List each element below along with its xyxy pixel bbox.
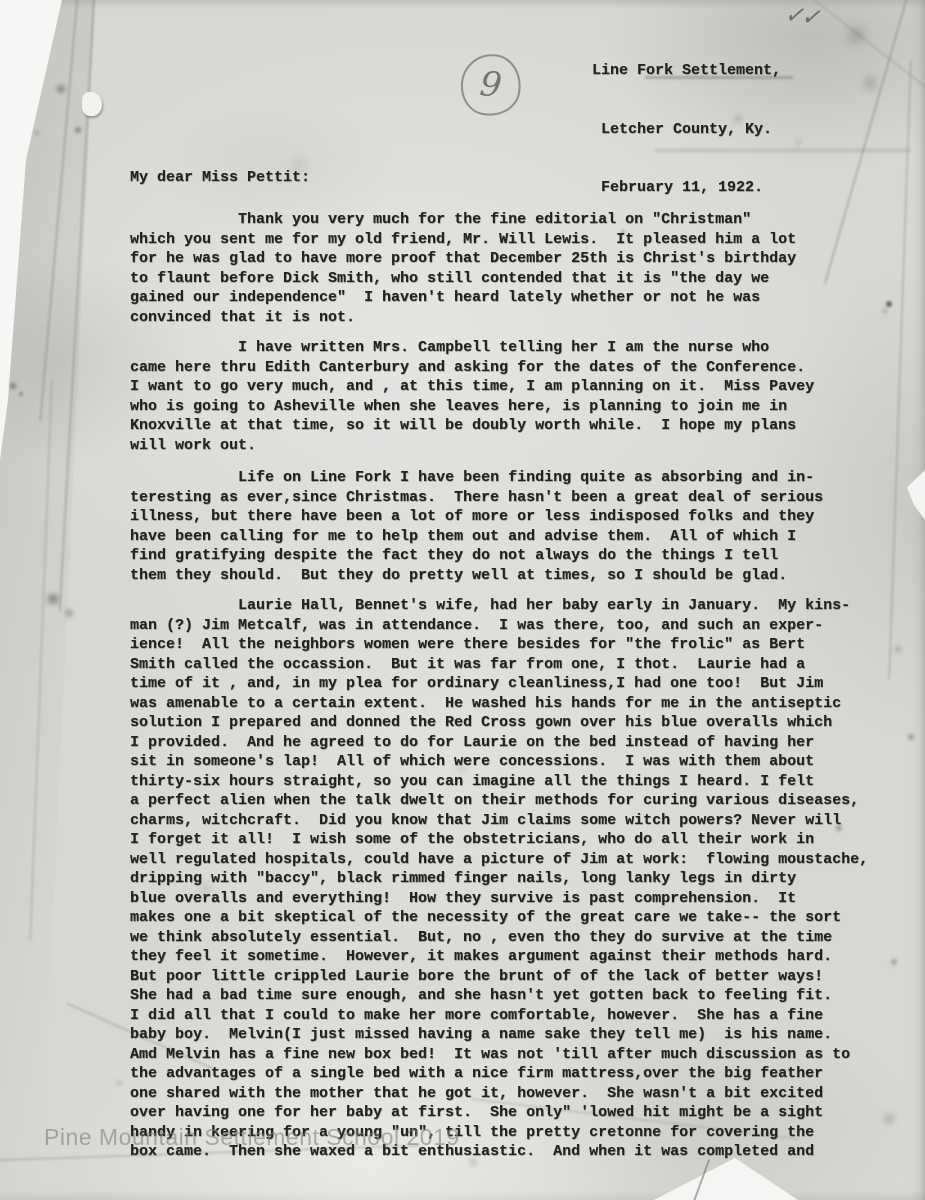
paragraph-conference-plans: I have written Mrs. Campbell telling her… [130,338,882,455]
paragraph-editorial-thanks: Thank you very much for the fine editori… [130,210,882,327]
letterhead-line-date: February 11, 1922. [592,178,781,198]
letterhead: Line Fork Settlement, Letcher County, Ky… [592,22,781,237]
page-number-value: 9 [478,64,504,106]
paragraph-laurie-hall-birth: Laurie Hall, Bennet's wife, had her baby… [130,596,882,1162]
crease-line [888,60,912,680]
torn-bottom-flap [648,1158,798,1200]
torn-hole [82,92,102,116]
letter-page: Line Fork Settlement, Letcher County, Ky… [0,0,925,1200]
paragraph-life-on-line-fork: Life on Line Fork I have been finding qu… [130,468,882,585]
torn-right-notch [905,470,925,520]
watermark: Pine Mountain Settlement School 2019 [44,1124,460,1151]
letterhead-line-place: Line Fork Settlement, [592,61,781,81]
paper-stains [0,0,2,2]
salutation: My dear Miss Pettit: [130,168,310,188]
letterhead-line-county: Letcher County, Ky. [592,120,781,140]
pencil-check-marks: ✓✓ [782,0,824,31]
page-number-annotation: 9 [456,49,526,120]
